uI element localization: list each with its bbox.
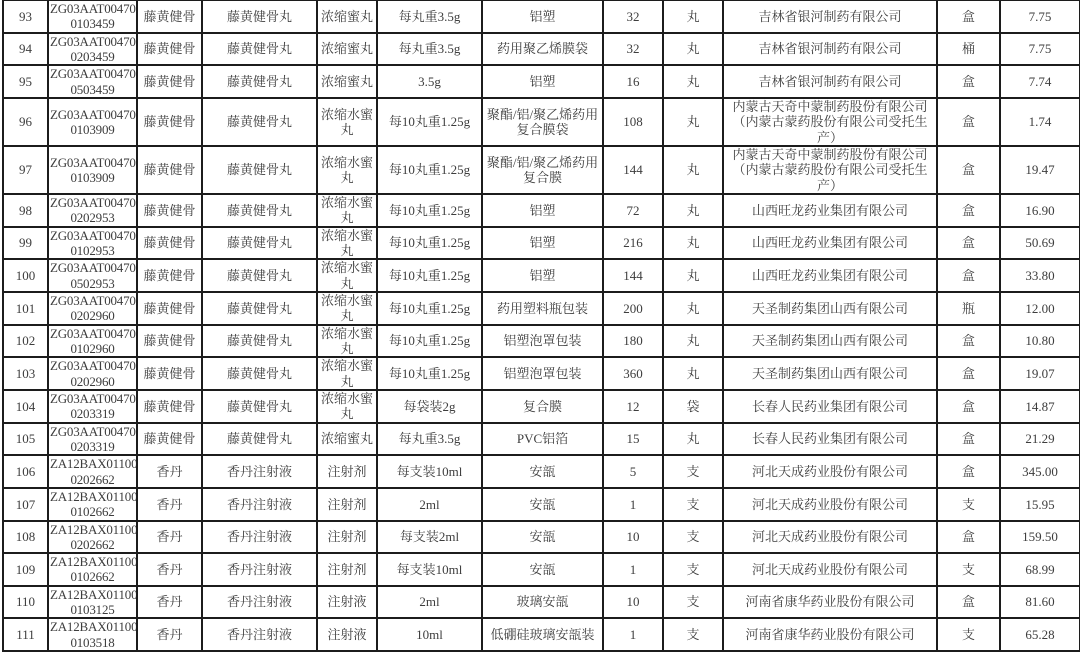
cell-manufacturer: 天圣制药集团山西有限公司 xyxy=(723,292,937,325)
table-row: 100ZG03AAT004701 0502953藤黄健骨藤黄健骨丸浓缩水蜜丸每1… xyxy=(3,259,1080,292)
cell-product-name: 香丹注射液 xyxy=(202,455,317,488)
cell-quantity: 5 xyxy=(603,455,663,488)
cell-dosage-form: 浓缩水蜜丸 xyxy=(317,292,377,325)
cell-package-unit: 盒 xyxy=(937,423,1000,456)
cell-product-name: 藤黄健骨丸 xyxy=(202,65,317,98)
cell-row-number: 94 xyxy=(3,33,48,66)
cell-unit: 丸 xyxy=(663,194,723,227)
cell-quantity: 16 xyxy=(603,65,663,98)
cell-manufacturer: 河南省康华药业股份有限公司 xyxy=(723,586,937,615)
cell-product-code: ZG03AAT004701 0202953 xyxy=(48,194,137,227)
cell-price: 19.07 xyxy=(1000,357,1080,390)
table-body: 93ZG03AAT004701 0103459藤黄健骨藤黄健骨丸浓缩蜜丸每丸重3… xyxy=(3,0,1080,615)
cell-brand-name: 藤黄健骨 xyxy=(137,357,202,390)
cell-unit: 丸 xyxy=(663,259,723,292)
cell-product-name: 藤黄健骨丸 xyxy=(202,33,317,66)
cell-specification: 每丸重3.5g xyxy=(377,0,482,33)
cell-unit: 支 xyxy=(663,488,723,521)
cell-brand-name: 香丹 xyxy=(137,553,202,586)
cell-unit: 丸 xyxy=(663,325,723,358)
cell-specification: 每支装10ml xyxy=(377,455,482,488)
cell-product-name: 藤黄健骨丸 xyxy=(202,357,317,390)
cell-dosage-form: 注射剂 xyxy=(317,521,377,554)
cell-row-number: 106 xyxy=(3,455,48,488)
table-row: 99ZG03AAT004701 0102953藤黄健骨藤黄健骨丸浓缩水蜜丸每10… xyxy=(3,227,1080,260)
cell-price: 7.75 xyxy=(1000,33,1080,66)
cell-quantity: 1 xyxy=(603,488,663,521)
cell-manufacturer: 天圣制药集团山西有限公司 xyxy=(723,357,937,390)
cell-dosage-form: 浓缩水蜜丸 xyxy=(317,325,377,358)
cell-packaging-material: 聚酯/铝/聚乙烯药用复合膜袋 xyxy=(482,98,603,146)
cell-specification: 每10丸重1.25g xyxy=(377,227,482,260)
cell-manufacturer: 长春人民药业集团有限公司 xyxy=(723,423,937,456)
cell-product-name: 藤黄健骨丸 xyxy=(202,0,317,33)
cell-packaging-material: 安瓿 xyxy=(482,488,603,521)
cell-package-unit: 支 xyxy=(937,488,1000,521)
cell-product-name: 藤黄健骨丸 xyxy=(202,423,317,456)
cell-product-code: ZG03AAT004702 0503459 xyxy=(48,65,137,98)
cell-row-number: 95 xyxy=(3,65,48,98)
cell-packaging-material: 铝塑 xyxy=(482,259,603,292)
cell-price: 16.90 xyxy=(1000,194,1080,227)
cell-row-number: 110 xyxy=(3,586,48,615)
cell-quantity: 144 xyxy=(603,146,663,194)
table-row: 106ZA12BAX011002 0202662香丹香丹注射液注射剂每支装10m… xyxy=(3,455,1080,488)
cell-row-number: 97 xyxy=(3,146,48,194)
cell-unit: 丸 xyxy=(663,292,723,325)
cell-manufacturer: 河北天成药业股份有限公司 xyxy=(723,488,937,521)
cell-unit: 支 xyxy=(663,455,723,488)
cell-unit: 支 xyxy=(663,586,723,615)
cell-product-name: 香丹注射液 xyxy=(202,553,317,586)
cell-product-name: 藤黄健骨丸 xyxy=(202,292,317,325)
cell-product-code: ZA12BAX011001 0202662 xyxy=(48,521,137,554)
drug-price-table: 93ZG03AAT004701 0103459藤黄健骨藤黄健骨丸浓缩蜜丸每丸重3… xyxy=(2,0,1080,615)
cell-packaging-material: 聚酯/铝/聚乙烯药用复合膜 xyxy=(482,146,603,194)
cell-package-unit: 盒 xyxy=(937,0,1000,33)
cell-brand-name: 藤黄健骨 xyxy=(137,0,202,33)
cell-product-code: ZG03AAT004703 0103909 xyxy=(48,98,137,146)
cell-specification: 每10丸重1.25g xyxy=(377,146,482,194)
cell-quantity: 12 xyxy=(603,390,663,423)
cell-quantity: 10 xyxy=(603,586,663,615)
cell-brand-name: 藤黄健骨 xyxy=(137,33,202,66)
cell-price: 1.74 xyxy=(1000,98,1080,146)
cell-quantity: 72 xyxy=(603,194,663,227)
cell-brand-name: 藤黄健骨 xyxy=(137,227,202,260)
cell-specification: 每支装10ml xyxy=(377,553,482,586)
cell-row-number: 102 xyxy=(3,325,48,358)
cell-brand-name: 藤黄健骨 xyxy=(137,65,202,98)
cell-product-name: 藤黄健骨丸 xyxy=(202,194,317,227)
cell-unit: 丸 xyxy=(663,423,723,456)
cell-manufacturer: 山西旺龙药业集团有限公司 xyxy=(723,259,937,292)
cell-brand-name: 藤黄健骨 xyxy=(137,194,202,227)
table-row: 104ZG03AAT004702 0203319藤黄健骨藤黄健骨丸浓缩水蜜丸每袋… xyxy=(3,390,1080,423)
cell-specification: 每10丸重1.25g xyxy=(377,325,482,358)
cell-specification: 每丸重3.5g xyxy=(377,33,482,66)
cell-package-unit: 盒 xyxy=(937,357,1000,390)
cell-brand-name: 香丹 xyxy=(137,488,202,521)
cell-quantity: 108 xyxy=(603,98,663,146)
cell-price: 7.75 xyxy=(1000,0,1080,33)
cell-price: 12.00 xyxy=(1000,292,1080,325)
cell-package-unit: 桶 xyxy=(937,33,1000,66)
cell-row-number: 96 xyxy=(3,98,48,146)
cell-unit: 支 xyxy=(663,553,723,586)
table-row: 94ZG03AAT004701 0203459藤黄健骨藤黄健骨丸浓缩蜜丸每丸重3… xyxy=(3,33,1080,66)
cell-packaging-material: 复合膜 xyxy=(482,390,603,423)
cell-row-number: 100 xyxy=(3,259,48,292)
cell-specification: 2ml xyxy=(377,488,482,521)
cell-row-number: 109 xyxy=(3,553,48,586)
cell-product-code: ZG03AAT004701 0102960 xyxy=(48,325,137,358)
cell-specification: 每10丸重1.25g xyxy=(377,292,482,325)
cell-quantity: 144 xyxy=(603,259,663,292)
cell-price: 50.69 xyxy=(1000,227,1080,260)
table-row: 97ZG03AAT004702 0103909藤黄健骨藤黄健骨丸浓缩水蜜丸每10… xyxy=(3,146,1080,194)
cell-dosage-form: 注射剂 xyxy=(317,455,377,488)
table-row: 93ZG03AAT004701 0103459藤黄健骨藤黄健骨丸浓缩蜜丸每丸重3… xyxy=(3,0,1080,33)
table-row: 107ZA12BAX011001 0102662香丹香丹注射液注射剂2ml安瓿1… xyxy=(3,488,1080,521)
cell-dosage-form: 浓缩水蜜丸 xyxy=(317,227,377,260)
cell-price: 14.87 xyxy=(1000,390,1080,423)
cell-manufacturer: 天圣制药集团山西有限公司 xyxy=(723,325,937,358)
cell-product-code: ZG03AAT004702 0202960 xyxy=(48,357,137,390)
cell-product-name: 藤黄健骨丸 xyxy=(202,227,317,260)
cell-price: 15.95 xyxy=(1000,488,1080,521)
cell-manufacturer: 河北天成药业股份有限公司 xyxy=(723,455,937,488)
cell-quantity: 1 xyxy=(603,553,663,586)
cell-specification: 每丸重3.5g xyxy=(377,423,482,456)
cell-package-unit: 盒 xyxy=(937,455,1000,488)
cell-packaging-material: PVC铝箔 xyxy=(482,423,603,456)
cell-dosage-form: 注射剂 xyxy=(317,488,377,521)
cell-brand-name: 藤黄健骨 xyxy=(137,390,202,423)
cell-unit: 丸 xyxy=(663,146,723,194)
cell-quantity: 32 xyxy=(603,0,663,33)
cell-price: 345.00 xyxy=(1000,455,1080,488)
cell-package-unit: 盒 xyxy=(937,521,1000,554)
cell-price: 21.29 xyxy=(1000,423,1080,456)
cell-package-unit: 盒 xyxy=(937,194,1000,227)
cell-dosage-form: 浓缩水蜜丸 xyxy=(317,98,377,146)
cell-dosage-form: 浓缩水蜜丸 xyxy=(317,146,377,194)
cell-brand-name: 香丹 xyxy=(137,521,202,554)
cell-dosage-form: 浓缩水蜜丸 xyxy=(317,357,377,390)
cell-specification: 每袋装2g xyxy=(377,390,482,423)
cell-dosage-form: 浓缩水蜜丸 xyxy=(317,390,377,423)
cell-row-number: 108 xyxy=(3,521,48,554)
cell-unit: 袋 xyxy=(663,390,723,423)
cell-packaging-material: 铝塑 xyxy=(482,0,603,33)
cell-row-number: 107 xyxy=(3,488,48,521)
cell-product-name: 藤黄健骨丸 xyxy=(202,390,317,423)
cell-product-code: ZG03AAT004701 0102953 xyxy=(48,227,137,260)
cell-manufacturer: 吉林省银河制药有限公司 xyxy=(723,33,937,66)
cell-price: 81.60 xyxy=(1000,586,1080,615)
table-row: 95ZG03AAT004702 0503459藤黄健骨藤黄健骨丸浓缩蜜丸3.5g… xyxy=(3,65,1080,98)
table-row: 101ZG03AAT004701 0202960藤黄健骨藤黄健骨丸浓缩水蜜丸每1… xyxy=(3,292,1080,325)
cell-brand-name: 藤黄健骨 xyxy=(137,146,202,194)
cell-packaging-material: 安瓿 xyxy=(482,455,603,488)
cell-product-code: ZG03AAT004702 0203319 xyxy=(48,390,137,423)
cell-quantity: 180 xyxy=(603,325,663,358)
cell-specification: 每10丸重1.25g xyxy=(377,194,482,227)
cell-product-code: ZA12BAX011001 0103125 xyxy=(48,586,137,615)
cell-brand-name: 藤黄健骨 xyxy=(137,423,202,456)
cell-package-unit: 瓶 xyxy=(937,292,1000,325)
cell-price: 19.47 xyxy=(1000,146,1080,194)
cell-dosage-form: 注射剂 xyxy=(317,553,377,586)
cell-product-name: 香丹注射液 xyxy=(202,521,317,554)
cell-unit: 丸 xyxy=(663,227,723,260)
table-row: 98ZG03AAT004701 0202953藤黄健骨藤黄健骨丸浓缩水蜜丸每10… xyxy=(3,194,1080,227)
table-row: 102ZG03AAT004701 0102960藤黄健骨藤黄健骨丸浓缩水蜜丸每1… xyxy=(3,325,1080,358)
cell-price: 159.50 xyxy=(1000,521,1080,554)
cell-product-name: 香丹注射液 xyxy=(202,488,317,521)
cell-packaging-material: 铝塑泡罩包装 xyxy=(482,357,603,390)
cell-quantity: 360 xyxy=(603,357,663,390)
cell-product-name: 藤黄健骨丸 xyxy=(202,146,317,194)
cell-product-name: 香丹注射液 xyxy=(202,586,317,615)
cell-product-code: ZA12BAX011001 0102662 xyxy=(48,488,137,521)
cell-packaging-material: 安瓿 xyxy=(482,553,603,586)
cell-packaging-material: 药用塑料瓶包装 xyxy=(482,292,603,325)
cell-row-number: 105 xyxy=(3,423,48,456)
table-row: 96ZG03AAT004703 0103909藤黄健骨藤黄健骨丸浓缩水蜜丸每10… xyxy=(3,98,1080,146)
cell-unit: 丸 xyxy=(663,33,723,66)
cell-quantity: 32 xyxy=(603,33,663,66)
cell-manufacturer: 吉林省银河制药有限公司 xyxy=(723,65,937,98)
cell-brand-name: 藤黄健骨 xyxy=(137,259,202,292)
cell-dosage-form: 浓缩蜜丸 xyxy=(317,0,377,33)
cell-product-code: ZA12BAX011002 0102662 xyxy=(48,553,137,586)
cell-manufacturer: 山西旺龙药业集团有限公司 xyxy=(723,227,937,260)
cell-unit: 丸 xyxy=(663,357,723,390)
drug-price-table-container: 93ZG03AAT004701 0103459藤黄健骨藤黄健骨丸浓缩蜜丸每丸重3… xyxy=(2,0,1079,615)
cell-package-unit: 盒 xyxy=(937,65,1000,98)
cell-dosage-form: 浓缩水蜜丸 xyxy=(317,194,377,227)
cell-manufacturer: 河北天成药业股份有限公司 xyxy=(723,553,937,586)
cell-packaging-material: 铝塑 xyxy=(482,65,603,98)
table-row: 103ZG03AAT004702 0202960藤黄健骨藤黄健骨丸浓缩水蜜丸每1… xyxy=(3,357,1080,390)
cell-dosage-form: 浓缩水蜜丸 xyxy=(317,259,377,292)
cell-unit: 支 xyxy=(663,521,723,554)
cell-dosage-form: 浓缩蜜丸 xyxy=(317,65,377,98)
cell-quantity: 10 xyxy=(603,521,663,554)
cell-row-number: 101 xyxy=(3,292,48,325)
cell-package-unit: 盒 xyxy=(937,227,1000,260)
cell-brand-name: 藤黄健骨 xyxy=(137,292,202,325)
cell-product-code: ZG03AAT004701 0203319 xyxy=(48,423,137,456)
cell-product-name: 藤黄健骨丸 xyxy=(202,325,317,358)
cell-product-code: ZG03AAT004701 0203459 xyxy=(48,33,137,66)
cell-brand-name: 香丹 xyxy=(137,586,202,615)
cell-manufacturer: 山西旺龙药业集团有限公司 xyxy=(723,194,937,227)
cell-dosage-form: 浓缩蜜丸 xyxy=(317,33,377,66)
cell-brand-name: 藤黄健骨 xyxy=(137,325,202,358)
cell-package-unit: 盒 xyxy=(937,390,1000,423)
cell-product-name: 藤黄健骨丸 xyxy=(202,259,317,292)
cell-package-unit: 盒 xyxy=(937,98,1000,146)
table-row: 105ZG03AAT004701 0203319藤黄健骨藤黄健骨丸浓缩蜜丸每丸重… xyxy=(3,423,1080,456)
cell-unit: 丸 xyxy=(663,98,723,146)
cell-product-code: ZG03AAT004701 0502953 xyxy=(48,259,137,292)
cell-unit: 丸 xyxy=(663,0,723,33)
cell-specification: 每支装2ml xyxy=(377,521,482,554)
cell-manufacturer: 吉林省银河制药有限公司 xyxy=(723,0,937,33)
cell-package-unit: 盒 xyxy=(937,259,1000,292)
cell-unit: 丸 xyxy=(663,65,723,98)
cell-quantity: 15 xyxy=(603,423,663,456)
cell-price: 33.80 xyxy=(1000,259,1080,292)
cell-product-code: ZG03AAT004701 0202960 xyxy=(48,292,137,325)
table-row: 110ZA12BAX011001 0103125香丹香丹注射液注射液2ml玻璃安… xyxy=(3,586,1080,615)
cell-packaging-material: 玻璃安瓿 xyxy=(482,586,603,615)
cell-row-number: 103 xyxy=(3,357,48,390)
cell-packaging-material: 铝塑泡罩包装 xyxy=(482,325,603,358)
cell-price: 7.74 xyxy=(1000,65,1080,98)
cell-specification: 每10丸重1.25g xyxy=(377,98,482,146)
cell-row-number: 98 xyxy=(3,194,48,227)
cell-specification: 2ml xyxy=(377,586,482,615)
cell-package-unit: 盒 xyxy=(937,146,1000,194)
cell-brand-name: 香丹 xyxy=(137,455,202,488)
cell-product-code: ZG03AAT004701 0103459 xyxy=(48,0,137,33)
cell-quantity: 216 xyxy=(603,227,663,260)
cell-dosage-form: 浓缩蜜丸 xyxy=(317,423,377,456)
cell-row-number: 99 xyxy=(3,227,48,260)
cell-specification: 每10丸重1.25g xyxy=(377,259,482,292)
table-row: 108ZA12BAX011001 0202662香丹香丹注射液注射剂每支装2ml… xyxy=(3,521,1080,554)
cell-package-unit: 盒 xyxy=(937,586,1000,615)
cell-row-number: 104 xyxy=(3,390,48,423)
cell-quantity: 200 xyxy=(603,292,663,325)
cell-manufacturer: 内蒙古天奇中蒙制药股份有限公司 （内蒙古蒙药股份有限公司受托生产） xyxy=(723,98,937,146)
cell-price: 10.80 xyxy=(1000,325,1080,358)
cell-row-number: 93 xyxy=(3,0,48,33)
cell-packaging-material: 药用聚乙烯膜袋 xyxy=(482,33,603,66)
cell-brand-name: 藤黄健骨 xyxy=(137,98,202,146)
cell-packaging-material: 铝塑 xyxy=(482,227,603,260)
cell-dosage-form: 注射液 xyxy=(317,586,377,615)
cell-product-name: 藤黄健骨丸 xyxy=(202,98,317,146)
cell-packaging-material: 铝塑 xyxy=(482,194,603,227)
cell-product-code: ZG03AAT004702 0103909 xyxy=(48,146,137,194)
cell-manufacturer: 河北天成药业股份有限公司 xyxy=(723,521,937,554)
cell-specification: 3.5g xyxy=(377,65,482,98)
cell-manufacturer: 长春人民药业集团有限公司 xyxy=(723,390,937,423)
cell-price: 68.99 xyxy=(1000,553,1080,586)
table-row: 109ZA12BAX011002 0102662香丹香丹注射液注射剂每支装10m… xyxy=(3,553,1080,586)
cell-package-unit: 盒 xyxy=(937,325,1000,358)
cell-specification: 每10丸重1.25g xyxy=(377,357,482,390)
cell-product-code: ZA12BAX011002 0202662 xyxy=(48,455,137,488)
cell-packaging-material: 安瓿 xyxy=(482,521,603,554)
cell-package-unit: 支 xyxy=(937,553,1000,586)
cell-manufacturer: 内蒙古天奇中蒙制药股份有限公司 （内蒙古蒙药股份有限公司受托生产） xyxy=(723,146,937,194)
